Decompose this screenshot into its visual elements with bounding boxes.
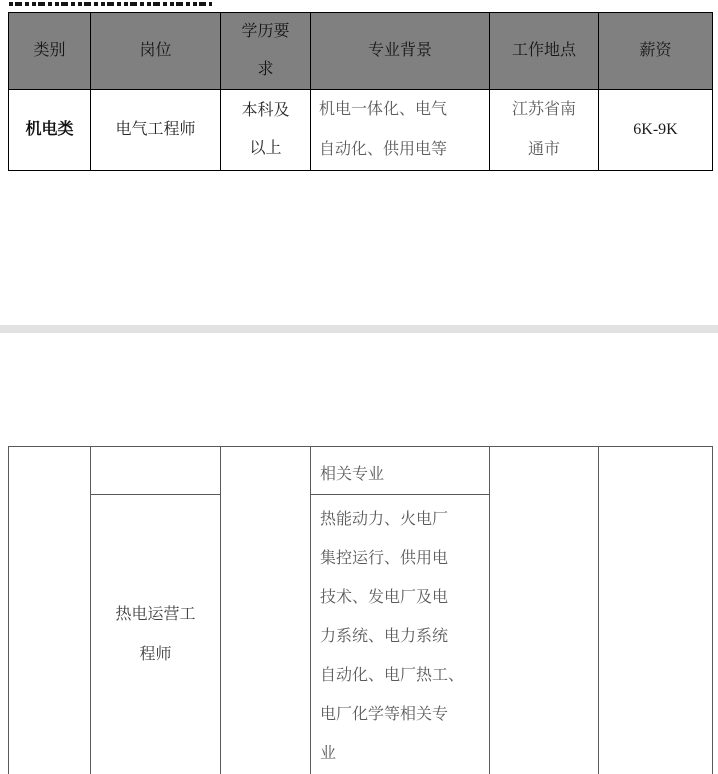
header-cell-education: 学历要 求 xyxy=(221,13,311,90)
cell-position: 电气工程师 xyxy=(91,90,221,171)
header-cell-position: 岗位 xyxy=(91,13,221,90)
recruitment-table-lower: 相关专业 热电运营工 程师 热能动力、火电厂 集控运行、供用电 技术、发电厂及电… xyxy=(8,446,713,774)
table-row-partial: 相关专业 xyxy=(9,447,713,495)
cell-empty-location xyxy=(490,447,599,774)
cell-salary: 6K-9K xyxy=(599,90,713,171)
cell-empty-salary xyxy=(599,447,713,774)
cell-category: 机电类 xyxy=(9,90,91,171)
table-header-row: 类别 岗位 学历要 求 专业背景 工作地点 薪资 xyxy=(9,13,713,90)
cell-major-partial: 相关专业 xyxy=(311,447,490,495)
header-cell-location: 工作地点 xyxy=(490,13,599,90)
page-break-separator xyxy=(0,325,718,333)
clipped-heading xyxy=(9,0,212,6)
header-cell-category: 类别 xyxy=(9,13,91,90)
table-row: 机电类 电气工程师 本科及 以上 机电一体化、电气 自动化、供用电等 江苏省南 … xyxy=(9,90,713,171)
header-cell-salary: 薪资 xyxy=(599,13,713,90)
cell-major-lower: 热能动力、火电厂 集控运行、供用电 技术、发电厂及电 力系统、电力系统 自动化、… xyxy=(311,495,490,774)
document-page: 类别 岗位 学历要 求 专业背景 工作地点 薪资 机电类 电气工程师 本科及 以… xyxy=(0,0,718,774)
cell-empty-education xyxy=(221,447,311,774)
recruitment-table-upper: 类别 岗位 学历要 求 专业背景 工作地点 薪资 机电类 电气工程师 本科及 以… xyxy=(8,12,713,171)
cell-empty-position xyxy=(91,447,221,495)
cell-location: 江苏省南 通市 xyxy=(490,90,599,171)
header-cell-major: 专业背景 xyxy=(311,13,490,90)
cell-empty-category xyxy=(9,447,91,774)
cell-major: 机电一体化、电气 自动化、供用电等 xyxy=(311,90,490,171)
cell-education: 本科及 以上 xyxy=(221,90,311,171)
clipped-heading-fragment xyxy=(9,2,212,6)
cell-position-lower: 热电运营工 程师 xyxy=(91,495,221,774)
